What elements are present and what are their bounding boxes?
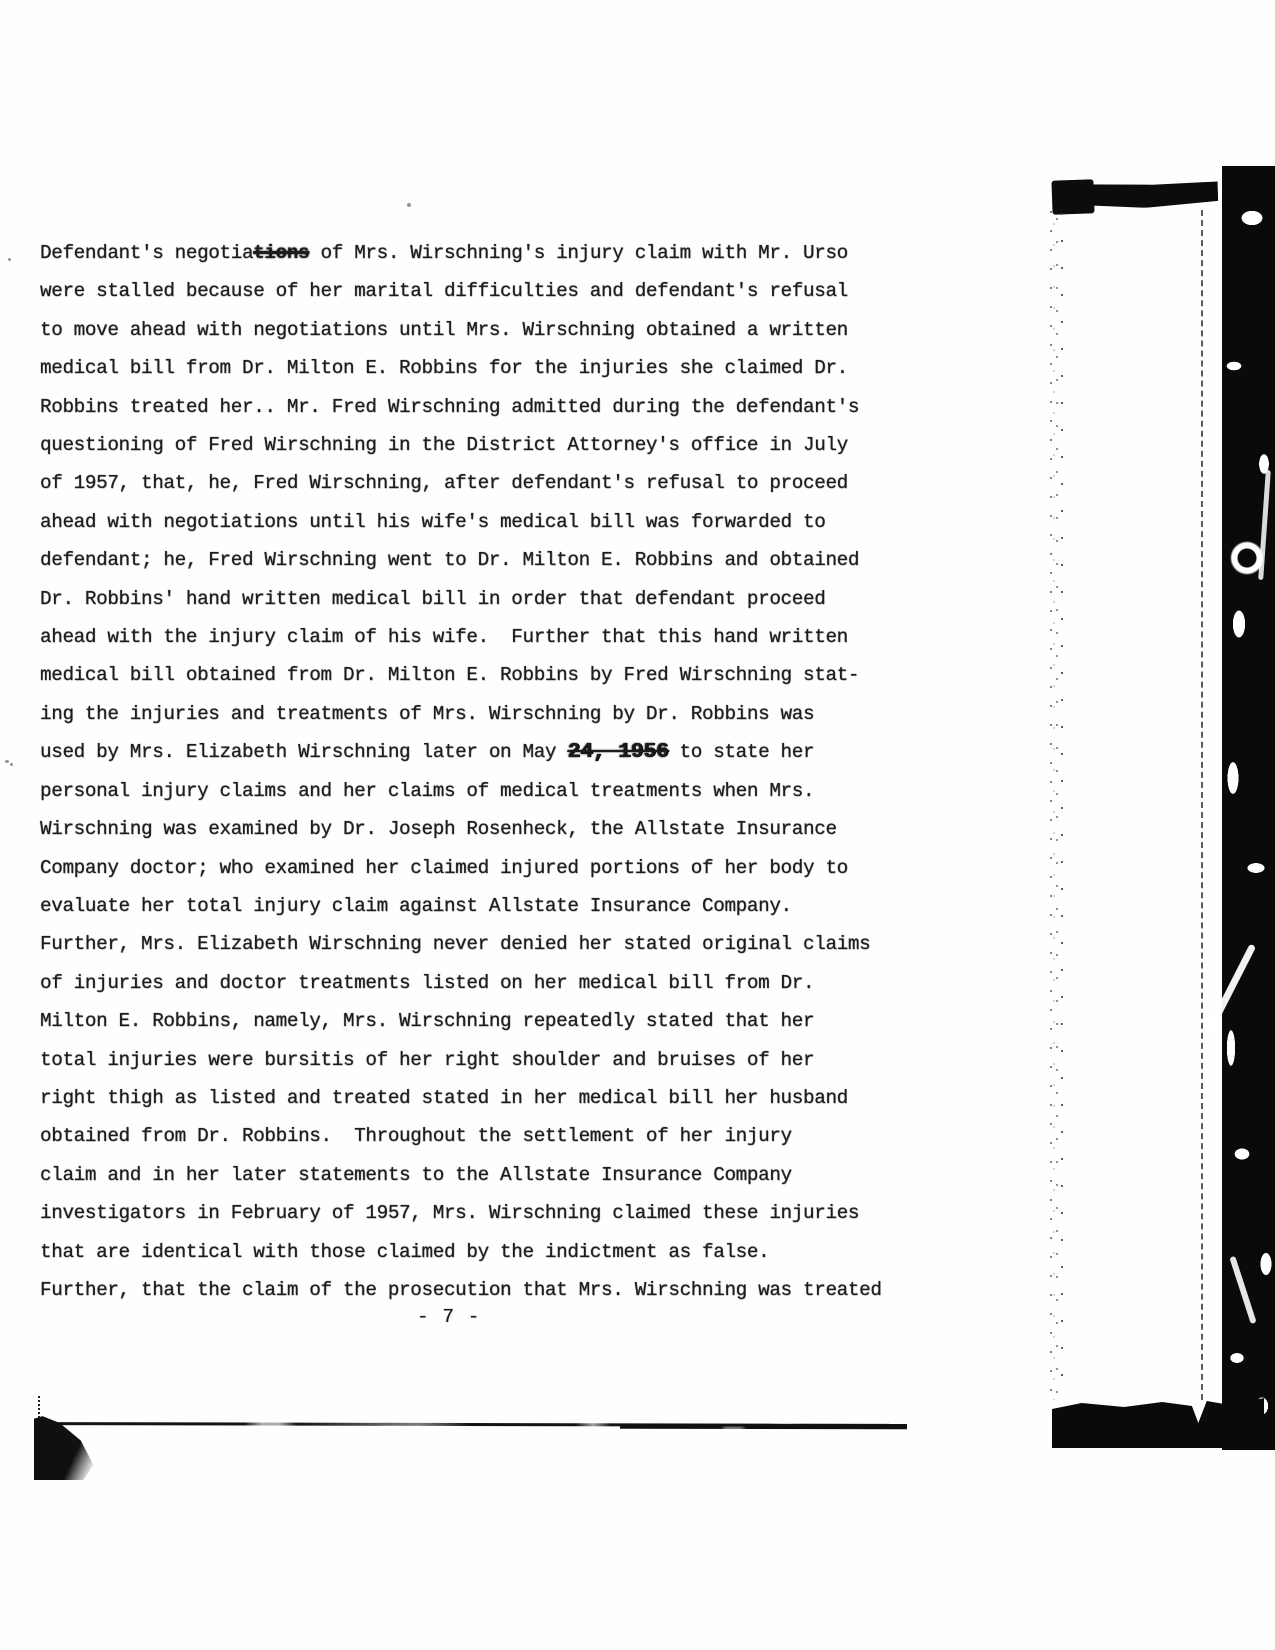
text-line: Milton E. Robbins, namely, Mrs. Wirschni… [40,1002,945,1040]
text-line: Defendant's negotiations of Mrs. Wirschn… [40,234,945,272]
text-line: Company doctor; who examined her claimed… [40,849,945,887]
text-line: used by Mrs. Elizabeth Wirschning later … [40,733,945,771]
scan-artifact-corner-dotline [38,1396,42,1418]
text-line: personal injury claims and her claims of… [40,772,945,810]
scan-artifact-speckle-column [1048,208,1066,1400]
scan-artifact-dashed-fold-line [1201,210,1203,1400]
text-line: ahead with negotiations until his wife's… [40,503,945,541]
text-line: of 1957, that, he, Fred Wirschning, afte… [40,464,945,502]
text-line: defendant; he, Fred Wirschning went to D… [40,541,945,579]
text-line: obtained from Dr. Robbins. Throughout th… [40,1117,945,1155]
text-line: ahead with the injury claim of his wife.… [40,618,945,656]
text-line: Further, Mrs. Elizabeth Wirschning never… [40,925,945,963]
text-line: Robbins treated her.. Mr. Fred Wirschnin… [40,388,945,426]
text-line: medical bill obtained from Dr. Milton E.… [40,656,945,694]
scan-speck [8,258,11,261]
text-line: right thigh as listed and treated stated… [40,1079,945,1117]
text-line: medical bill from Dr. Milton E. Robbins … [40,349,945,387]
text-line: total injuries were bursitis of her righ… [40,1041,945,1079]
text-line: were stalled because of her marital diff… [40,272,945,310]
text-line: of injuries and doctor treatments listed… [40,964,945,1002]
text-line: to move ahead with negotiations until Mr… [40,311,945,349]
text-line: claim and in her later statements to the… [40,1156,945,1194]
scan-speck [5,760,9,763]
scan-speck [10,763,13,766]
text-line: questioning of Fred Wirschning in the Di… [40,426,945,464]
text-line: evaluate her total injury claim against … [40,887,945,925]
scan-artifact-top-bar [1055,181,1218,209]
text-line: Wirschning was examined by Dr. Joseph Ro… [40,810,945,848]
scan-speck [407,203,411,207]
page-number: - 7 - [417,1306,481,1328]
text-line: ing the injuries and treatments of Mrs. … [40,695,945,733]
text-line: Further, that the claim of the prosecuti… [40,1271,945,1309]
text-line: investigators in February of 1957, Mrs. … [40,1194,945,1232]
text-block: Defendant's negotiations of Mrs. Wirschn… [40,234,945,1309]
text-line: that are identical with those claimed by… [40,1233,945,1271]
scan-artifact-horizontal-line-thick [620,1424,907,1430]
text-line: Dr. Robbins' hand written medical bill i… [40,580,945,618]
scan-artifact-bottom-bar [1052,1398,1264,1448]
scanned-document-page: Defendant's negotiations of Mrs. Wirschn… [0,0,1275,1650]
